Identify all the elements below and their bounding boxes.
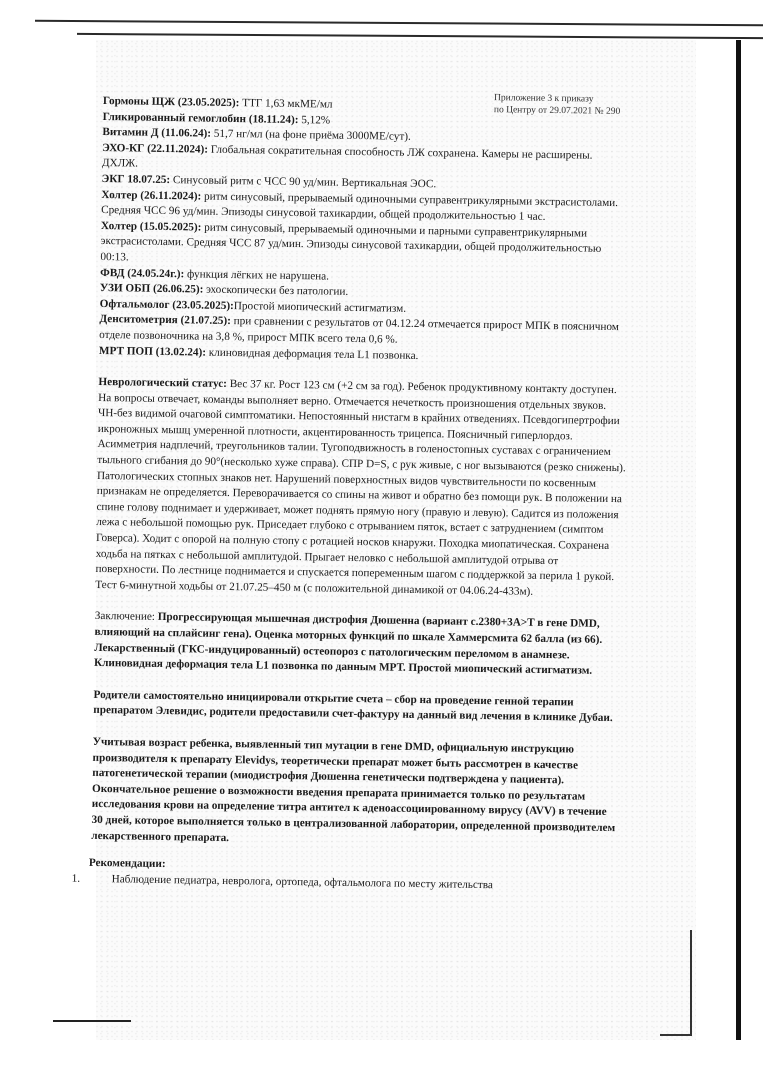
page-corner-mark [690,930,692,1036]
scan-top-line-1 [35,20,763,26]
recommendation-number: 1. [72,871,112,887]
page-corner-mark [660,1034,692,1036]
page-edge [736,40,741,1040]
document-body: Гормоны ЩЖ (23.05.2025): ТТГ 1,63 мкМЕ/м… [91,94,701,897]
scan-top-line-2 [77,33,763,39]
signature-line [53,1020,131,1022]
